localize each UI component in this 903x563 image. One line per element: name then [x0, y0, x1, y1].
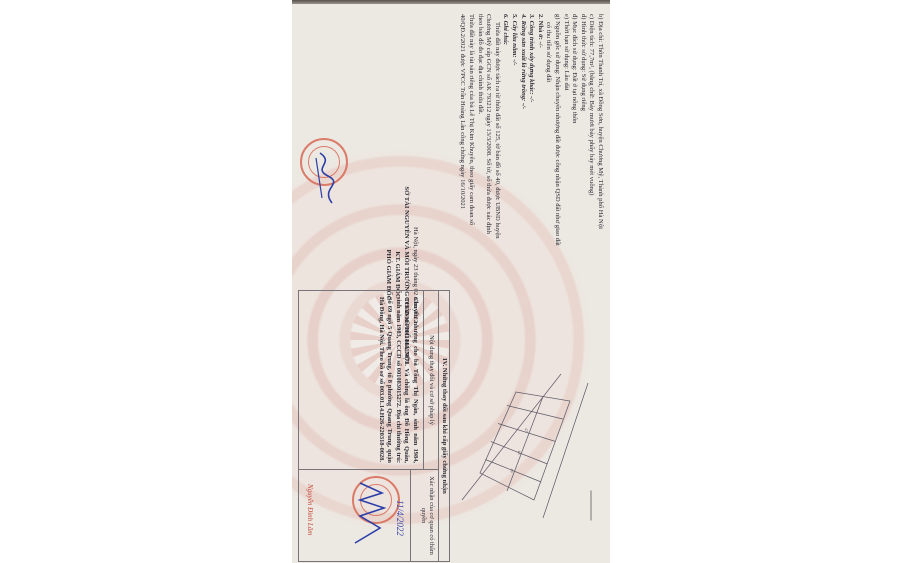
- changes-table-heading: IV. Những thay đổi sau khi cấp giấy chứn…: [438, 291, 449, 561]
- north-arrow-icon: [591, 491, 592, 521]
- content-column-header: Nội dung thay đổi và cơ sở pháp lý: [423, 291, 438, 469]
- confirm-column-header: Xác nhận của cơ quan có thẩm quyền: [410, 470, 438, 561]
- rotated-content: b) Địa chỉ: Thôn Thanh Trí, xã Đồng Sơn,…: [292, 0, 610, 563]
- change-entry-content: Chuyển nhượng cho bà Tống Thị Ngân, sinh…: [372, 291, 423, 469]
- certificate-page: b) Địa chỉ: Thôn Thanh Trí, xã Đồng Sơn,…: [292, 0, 610, 563]
- confirm-signature-icon: [350, 478, 390, 548]
- page-edge-shadow: [292, 0, 610, 4]
- confirm-signer-name: Nguyễn Đình Lâm: [306, 484, 314, 535]
- changes-content-column: Nội dung thay đổi và cơ sở pháp lý Chuyể…: [299, 291, 438, 470]
- svg-text:49: 49: [510, 469, 514, 473]
- svg-text:47: 47: [524, 428, 528, 432]
- svg-text:48: 48: [517, 451, 521, 455]
- signature-icon: [310, 148, 340, 208]
- confirm-date: 11/4/2022: [395, 500, 405, 536]
- land-plot-map: 474849: [450, 365, 600, 545]
